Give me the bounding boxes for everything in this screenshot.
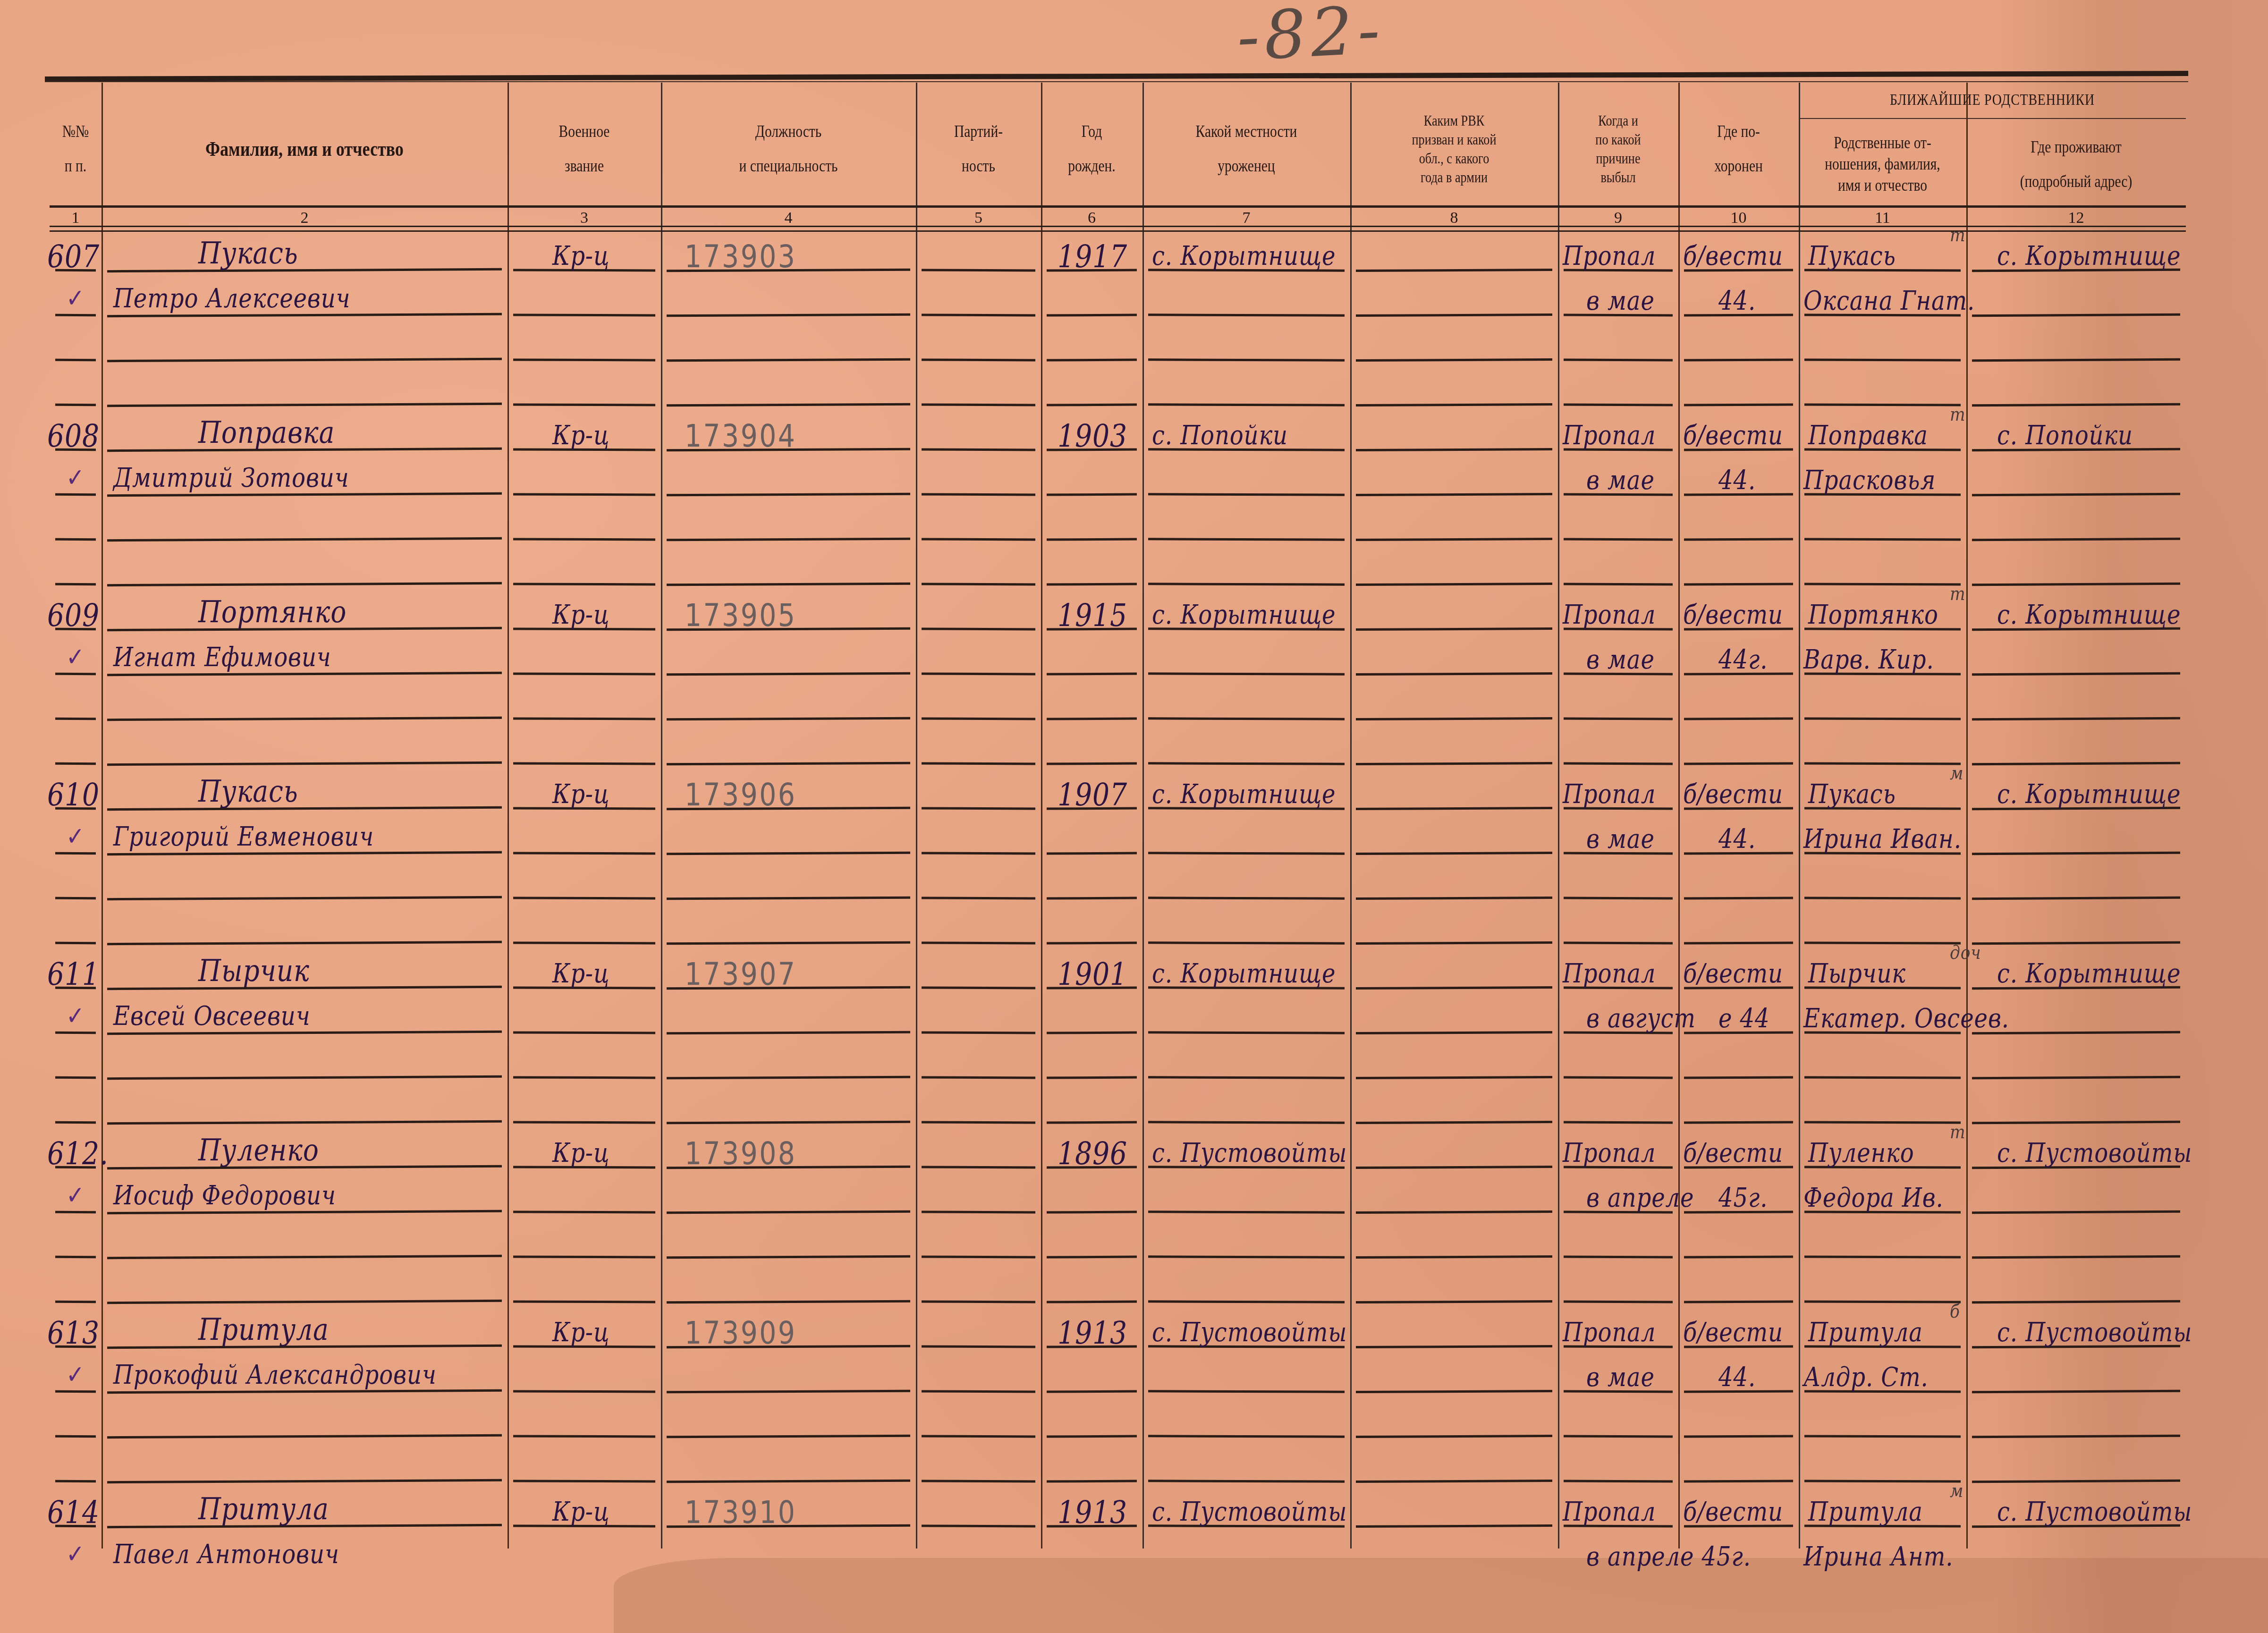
ruled-line <box>513 1076 655 1079</box>
ruled-line <box>55 1301 96 1303</box>
military-rank: Кр-ц <box>552 420 609 451</box>
ruled-line <box>922 404 1035 406</box>
ruled-line <box>1684 1076 1793 1079</box>
ruled-line <box>1356 313 1552 317</box>
position-number: 173904 <box>685 418 796 454</box>
ruled-line <box>922 1256 1035 1259</box>
ruled-line <box>1564 762 1673 765</box>
ruled-line <box>1684 1121 1793 1124</box>
relation-mark: б <box>1950 1301 1960 1322</box>
ruled-line <box>1148 403 1345 406</box>
position-number: 173905 <box>685 597 796 634</box>
ruled-line <box>1148 1300 1345 1303</box>
header-label-line: причине <box>1596 149 1640 168</box>
check-mark: ✓ <box>66 283 85 313</box>
ruled-line <box>1047 314 1137 317</box>
ruled-line <box>513 717 655 720</box>
header-label-line: звание <box>565 155 604 177</box>
relative-name: Федора Ив. <box>1803 1183 1944 1213</box>
fate-line-1: Пропал <box>1563 1138 1656 1168</box>
ruled-line <box>1356 717 1552 720</box>
ruled-line <box>1564 1301 1673 1303</box>
given-names: Иосиф Федорович <box>113 1180 336 1211</box>
ruled-line <box>1356 583 1552 586</box>
ruled-line <box>513 762 655 765</box>
burial-line-2: 44. <box>1718 1362 1756 1393</box>
column-rule <box>1678 83 1680 1548</box>
ruled-line <box>1804 1121 1961 1124</box>
ruled-line <box>1356 1435 1552 1438</box>
header-label-line: Родственные от- <box>1834 132 1931 153</box>
ruled-line <box>1356 627 1552 631</box>
burial-line-2: 44. <box>1718 824 1756 855</box>
header-label-line: Год <box>1082 121 1102 142</box>
birth-year: 1917 <box>1058 238 1127 275</box>
ruled-line <box>667 717 910 721</box>
ruled-line <box>667 897 910 900</box>
record-number: 611 <box>47 956 100 992</box>
record-number: 608 <box>47 418 100 454</box>
ruled-line <box>1148 762 1345 765</box>
military-rank: Кр-ц <box>552 600 609 630</box>
fate-line-1: Пропал <box>1563 241 1656 271</box>
ruled-line <box>667 1121 910 1125</box>
military-rank: Кр-ц <box>552 1317 609 1348</box>
ruled-line <box>667 1480 910 1483</box>
ruled-line <box>1972 941 2180 945</box>
header-label-line: Партий- <box>954 121 1003 142</box>
ruled-line <box>1356 986 1552 990</box>
ruled-line <box>1356 1076 1552 1079</box>
ruled-line <box>107 941 502 945</box>
column-number: 2 <box>102 209 508 227</box>
ruled-line <box>107 582 502 586</box>
ruled-line <box>513 1255 655 1258</box>
ruled-line <box>1804 1255 1961 1258</box>
ruled-line <box>922 493 1035 496</box>
ruled-line <box>922 1390 1035 1393</box>
ruled-line <box>1148 538 1345 541</box>
header-label-line: Каким РВК <box>1424 111 1484 130</box>
column-number: 3 <box>508 209 661 227</box>
ruled-line <box>1804 1300 1961 1303</box>
header-label-line: выбыл <box>1600 168 1635 186</box>
birthplace: с. Корытнище <box>1152 779 1336 810</box>
ruled-line <box>55 1435 96 1438</box>
ruled-line <box>55 404 96 406</box>
fate-line-2: в мае <box>1586 1362 1655 1393</box>
header-label-line: по какой <box>1595 130 1641 149</box>
paper-stain <box>614 1558 2268 1633</box>
ruled-line <box>1564 1076 1673 1079</box>
ruled-line <box>107 1075 502 1080</box>
ruled-line <box>667 583 910 586</box>
ruled-line <box>1356 358 1552 362</box>
fate-line-1: Пропал <box>1563 1497 1656 1527</box>
ruled-line <box>1148 1076 1345 1079</box>
ruled-line <box>922 269 1035 272</box>
relative-address: с. Пустовойты <box>1997 1317 2192 1348</box>
header-label-line: Когда и <box>1598 111 1638 130</box>
burial-line-1: б/вести <box>1683 1138 1783 1168</box>
ruled-line <box>1356 493 1552 496</box>
surname: Пырчик <box>198 954 310 989</box>
ruled-line <box>107 268 502 272</box>
ruled-line <box>513 313 655 316</box>
ruled-line <box>107 358 502 362</box>
ruled-line <box>513 493 655 496</box>
ruled-line <box>1972 583 2180 586</box>
ruled-line <box>1564 1256 1673 1259</box>
ruled-line <box>922 448 1035 451</box>
fate-line-1: Пропал <box>1563 958 1656 989</box>
ruled-line <box>922 538 1035 541</box>
surname: Поправка <box>198 415 335 450</box>
column-number: 10 <box>1678 209 1799 227</box>
ruled-line <box>1047 673 1137 676</box>
column-number: 4 <box>661 209 916 227</box>
burial-line-1: б/вести <box>1683 420 1783 451</box>
header-col-1: №№п п. <box>54 92 97 205</box>
column-rule <box>1350 83 1352 1548</box>
birth-year: 1913 <box>1058 1315 1127 1351</box>
ruled-line <box>1047 1211 1137 1214</box>
surname: Пукась <box>198 236 298 271</box>
column-number: 5 <box>916 209 1041 227</box>
ruled-line <box>1804 1076 1961 1079</box>
surname: Пуленко <box>198 1133 319 1168</box>
header-label-line: Какой местности <box>1196 121 1297 142</box>
header-label-line: п п. <box>65 155 86 177</box>
ruled-line <box>1047 1256 1137 1259</box>
column-number: 1 <box>50 209 102 227</box>
ruled-line <box>1972 313 2180 317</box>
ruled-line <box>513 1300 655 1303</box>
burial-line-1: б/вести <box>1683 779 1783 810</box>
ruled-line <box>513 852 655 855</box>
military-rank: Кр-ц <box>552 779 609 810</box>
header-group-relatives: БЛИЖАЙШИЕ РОДСТВЕННИКИ <box>1834 83 2151 118</box>
ruled-line <box>667 852 910 855</box>
ruled-line <box>107 1300 502 1304</box>
birthplace: с. Попойки <box>1152 420 1288 451</box>
surname: Пукась <box>198 774 298 809</box>
page-number: -82- <box>1235 0 1387 76</box>
ruled-line <box>922 1345 1035 1348</box>
ruled-line <box>107 896 502 900</box>
column-rule <box>1041 83 1042 1548</box>
ruled-line <box>1356 1345 1552 1348</box>
ruled-line <box>922 718 1035 720</box>
ruled-line <box>667 493 910 497</box>
ruled-line <box>667 1300 910 1304</box>
relative-name: Алдр. Ст. <box>1803 1362 1929 1393</box>
column-number: 12 <box>1966 209 2186 227</box>
relation-mark: т <box>1950 1121 1965 1143</box>
ruled-line <box>1972 852 2180 855</box>
fate-line-2: в мае <box>1586 644 1655 675</box>
relative-surname: Притула <box>1808 1497 1923 1527</box>
ruled-line <box>513 1480 655 1482</box>
fate-line-1: Пропал <box>1563 600 1656 630</box>
ruled-line <box>1972 538 2180 541</box>
ruled-line <box>1047 1121 1137 1124</box>
ruled-line <box>1047 538 1137 541</box>
header-col-7: Какой местностиуроженец <box>1161 92 1332 205</box>
ruled-line <box>922 314 1035 317</box>
relation-mark: т <box>1950 404 1965 425</box>
burial-line-2: 44. <box>1718 465 1756 496</box>
ruled-line <box>1047 1301 1137 1303</box>
ruled-line <box>55 1032 96 1034</box>
ruled-line <box>1564 897 1673 900</box>
record-number: 610 <box>47 777 100 813</box>
ruled-line <box>513 1390 655 1393</box>
ruled-line <box>1564 1435 1673 1438</box>
relative-surname: Портянко <box>1808 600 1938 630</box>
position-number: 173909 <box>685 1315 796 1351</box>
ruled-line <box>55 1256 96 1258</box>
ruled-line <box>1047 1076 1137 1079</box>
ruled-line <box>1564 538 1673 541</box>
relation-mark: доч <box>1950 942 1981 964</box>
birthplace: с. Корытнище <box>1152 600 1336 630</box>
record-number: 613 <box>47 1315 100 1351</box>
ruled-line <box>1148 897 1345 899</box>
position-number: 173910 <box>685 1494 796 1531</box>
burial-line-2: е 44 <box>1718 1003 1770 1034</box>
ruled-line <box>1684 717 1793 720</box>
military-rank: Кр-ц <box>552 958 609 989</box>
ruled-line <box>107 762 502 766</box>
ruled-line <box>1804 717 1961 720</box>
ruled-line <box>55 1390 96 1393</box>
burial-line-2: 45г. <box>1718 1183 1768 1213</box>
header-label-line: Фамилия, имя и отчество <box>205 136 404 162</box>
ruled-line <box>922 1211 1035 1214</box>
ruled-line <box>922 1166 1035 1169</box>
ruled-line <box>1804 538 1961 541</box>
column-rule <box>102 83 103 1548</box>
ruled-line <box>922 807 1035 810</box>
header-col-5: Партий-ность <box>927 92 1030 205</box>
column-rule <box>1142 83 1144 1548</box>
position-number: 173906 <box>685 777 796 813</box>
ruled-line <box>1804 583 1961 585</box>
ruled-line <box>922 628 1035 631</box>
column-rule <box>916 83 917 1548</box>
header-label-line: призван и какой <box>1412 130 1496 149</box>
check-mark: ✓ <box>66 1360 85 1389</box>
check-mark: ✓ <box>66 1180 85 1210</box>
header-label-line: имя и отчество <box>1838 175 1927 196</box>
ruled-line <box>513 1031 655 1034</box>
header-label-line: №№ <box>62 121 89 142</box>
surname: Притула <box>198 1492 329 1527</box>
relative-surname: Пуленко <box>1808 1138 1914 1168</box>
ruled-line <box>667 1390 910 1394</box>
ruled-line <box>1564 1480 1673 1483</box>
header-label-line: и специальность <box>739 155 838 177</box>
ruled-line <box>1804 897 1961 899</box>
ruled-line <box>1684 1300 1793 1303</box>
ruled-line <box>922 1525 1035 1528</box>
ruled-line <box>667 1076 910 1080</box>
ruled-line <box>1047 1435 1137 1438</box>
ruled-line <box>513 1121 655 1124</box>
relative-address: с. Пустовойты <box>1997 1138 2192 1168</box>
ruled-line <box>1564 1121 1673 1124</box>
check-mark: ✓ <box>66 1539 85 1569</box>
relative-address: с. Корытнище <box>1997 779 2181 810</box>
birth-year: 1907 <box>1058 777 1127 813</box>
ruled-line <box>667 941 910 945</box>
relative-address: с. Корытнище <box>1997 241 2181 271</box>
ruled-line <box>513 1435 655 1438</box>
given-names: Прокофий Александрович <box>113 1360 437 1390</box>
ruled-line <box>922 762 1035 765</box>
relative-address: с. Пустовойты <box>1997 1497 2192 1527</box>
ruled-line <box>1148 1210 1345 1213</box>
ruled-line <box>1564 404 1673 406</box>
ruled-line <box>1972 358 2180 362</box>
ruled-line <box>667 313 910 317</box>
ruled-line <box>1148 1031 1345 1034</box>
check-mark: ✓ <box>66 463 85 492</box>
ruled-line <box>1972 1255 2180 1259</box>
ruled-line <box>1972 1210 2180 1214</box>
record-number: 612. <box>47 1135 109 1172</box>
header-col-2: Фамилия, имя и отчество <box>138 92 471 205</box>
ruled-line <box>1684 941 1793 944</box>
ruled-line <box>1356 1480 1552 1483</box>
ruled-line <box>1972 1390 2180 1393</box>
header-col-11: Родственные от-ношения, фамилия,имя и от… <box>1814 123 1951 205</box>
ruled-line <box>1972 403 2180 406</box>
ruled-line <box>55 493 96 496</box>
header-label-line: года в армии <box>1421 168 1488 186</box>
ruled-line <box>667 1031 910 1035</box>
header-col-8: Каким РВКпризван и какойобл., с какогого… <box>1369 92 1540 205</box>
ruled-line <box>55 1121 96 1124</box>
ruled-line <box>1684 358 1793 361</box>
ruled-line <box>1148 717 1345 720</box>
ruled-line <box>1356 897 1552 900</box>
ruled-line <box>1972 493 2180 496</box>
ruled-line <box>1148 1435 1345 1438</box>
ruled-line <box>1684 538 1793 541</box>
burial-line-2: 44г. <box>1718 644 1768 675</box>
ruled-line <box>1684 762 1793 765</box>
ruled-line <box>1148 358 1345 361</box>
relative-surname: Притула <box>1808 1317 1923 1348</box>
ruled-line <box>1972 1121 2180 1124</box>
ruled-line <box>513 358 655 361</box>
ruled-line <box>667 538 910 542</box>
ruled-line <box>1356 538 1552 541</box>
ruled-line <box>667 1435 910 1438</box>
column-number: 8 <box>1350 209 1558 227</box>
birthplace: с. Пустовойты <box>1152 1497 1347 1527</box>
record-number: 609 <box>47 597 100 634</box>
ruled-line <box>667 672 910 676</box>
ruled-line <box>1356 762 1552 765</box>
ruled-line <box>1356 1121 1552 1124</box>
relative-surname: Пукась <box>1808 779 1896 810</box>
ruled-line <box>667 1255 910 1259</box>
military-rank: Кр-ц <box>552 1138 609 1168</box>
column-rule <box>508 83 509 1548</box>
ruled-line <box>513 1210 655 1213</box>
ruled-line <box>667 762 910 766</box>
ruled-line <box>1047 1480 1137 1483</box>
ruled-line <box>1047 718 1137 720</box>
burial-line-1: б/вести <box>1683 1497 1783 1527</box>
ruled-line <box>107 806 502 811</box>
fate-line-1: Пропал <box>1563 779 1656 810</box>
ruled-line <box>922 359 1035 362</box>
fate-line-1: Пропал <box>1563 420 1656 451</box>
ruled-line <box>55 359 96 361</box>
relative-address: с. Корытнище <box>1997 958 2181 989</box>
header-col-9: Когда ипо какойпричиневыбыл <box>1569 92 1667 205</box>
header-rule <box>50 205 2186 208</box>
relative-name: Ирина Иван. <box>1803 824 1962 855</box>
ruled-line <box>107 1255 502 1259</box>
ruled-line <box>513 941 655 944</box>
relative-address: с. Попойки <box>1997 420 2133 451</box>
top-rule-thin <box>45 81 2188 82</box>
ruled-line <box>1684 1480 1793 1482</box>
relative-name: Оксана Гнат. <box>1803 286 1975 316</box>
birth-year: 1913 <box>1058 1494 1127 1531</box>
birthplace: с. Пустовойты <box>1152 1138 1347 1168</box>
given-names: Игнат Ефимович <box>113 642 331 673</box>
ruled-line <box>1564 942 1673 945</box>
ruled-line <box>55 673 96 675</box>
column-number: 7 <box>1142 209 1350 227</box>
given-names: Петро Алексеевич <box>113 283 350 314</box>
ruled-line <box>1684 583 1793 585</box>
surname: Притула <box>198 1312 329 1347</box>
fate-line-2: в август <box>1586 1003 1696 1034</box>
ruled-line <box>1356 1255 1552 1259</box>
ruled-line <box>1564 583 1673 586</box>
header-label-line: (подробный адрес) <box>2020 171 2133 192</box>
ruled-line <box>1148 1121 1345 1124</box>
ruled-line <box>513 538 655 541</box>
position-number: 173908 <box>685 1135 796 1172</box>
birth-year: 1901 <box>1058 956 1127 992</box>
ruled-line <box>922 1076 1035 1079</box>
ruled-line <box>1148 672 1345 675</box>
fate-line-2: в мае <box>1586 824 1655 855</box>
ruled-line <box>1972 1480 2180 1483</box>
ruled-line <box>1356 1390 1552 1393</box>
ruled-line <box>1047 942 1137 945</box>
ruled-line <box>513 672 655 675</box>
ruled-line <box>1356 448 1552 451</box>
top-rule <box>45 71 2188 82</box>
ruled-line <box>1972 762 2180 765</box>
ruled-line <box>55 1211 96 1213</box>
ruled-line <box>1356 672 1552 676</box>
header-label-line: Где по- <box>1717 121 1760 142</box>
ruled-line <box>1804 1435 1961 1438</box>
header-col-12: Где проживают(подробный адрес) <box>1986 123 2166 205</box>
position-number: 173907 <box>685 956 796 992</box>
fate-line-2: в апреле <box>1586 1183 1694 1213</box>
